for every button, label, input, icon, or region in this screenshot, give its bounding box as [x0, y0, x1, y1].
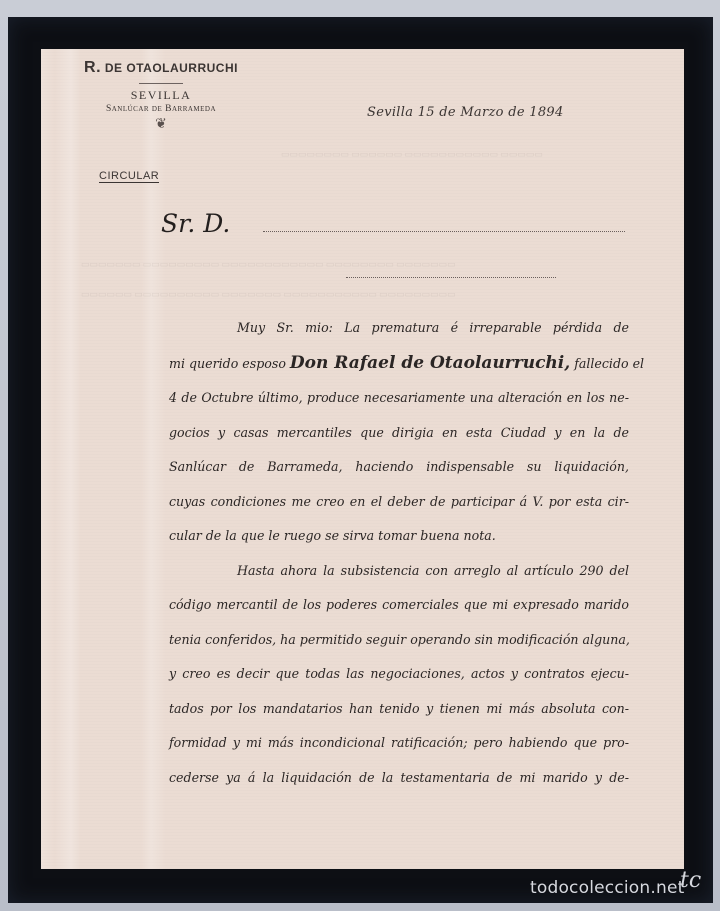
body-line: cular de la que le ruego se sirva tomar …	[169, 519, 629, 554]
addressee-line-2	[346, 277, 556, 278]
body-line: cuyas condiciones me creo en el deber de…	[169, 485, 629, 520]
body-line: Hasta ahora la subsistencia con arreglo …	[169, 554, 629, 589]
letter-body: Muy Sr. mio: La prematura é irreparable …	[169, 311, 629, 795]
watermark-text: todocoleccion.net	[530, 878, 684, 898]
body-line: gocios y casas mercantiles que dirigia e…	[169, 416, 629, 451]
city: SEVILLA	[81, 88, 241, 103]
body-line: 4 de Octubre último, produce necesariame…	[169, 381, 629, 416]
subcity: Sanlúcar de Barrameda	[81, 104, 241, 114]
addressee-line	[263, 231, 625, 232]
tc-logo-icon: tc	[680, 868, 701, 893]
body-line: formidad y mi más incondicional ratifica…	[169, 726, 629, 761]
letter-date: Sevilla 15 de Marzo de 1894	[367, 105, 564, 120]
body-line: mi querido esposo Don Rafael de Otaolaur…	[169, 346, 629, 382]
firm-name: R. DE OTAOLAURRUCHI	[81, 59, 241, 77]
body-line: tenia conferidos, ha permitido seguir op…	[169, 623, 629, 658]
doc-type-label: CIRCULAR	[99, 170, 159, 183]
letterhead-rule	[139, 83, 183, 84]
bleed-through-text: ▭▭▭▭▭▭ ▭▭▭▭▭▭▭▭▭▭ ▭▭▭▭▭▭▭ ▭▭▭▭▭▭▭▭▭▭▭ ▭▭…	[81, 289, 456, 300]
ornament-icon: ❦	[81, 116, 241, 133]
bleed-through-text: ▭▭▭▭▭▭▭ ▭▭▭▭▭▭▭▭▭ ▭▭▭▭▭▭▭▭▭▭▭▭ ▭▭▭▭▭▭▭▭ …	[81, 259, 456, 270]
deceased-name: Don Rafael de Otaolaurruchi,	[290, 353, 570, 373]
letter-page: ▭▭▭▭▭▭▭▭ ▭▭▭▭▭▭ ▭▭▭▭▭▭▭▭▭▭▭ ▭▭▭▭▭ ▭▭▭▭▭▭…	[41, 49, 684, 869]
body-line: tados por los mandatarios han tenido y t…	[169, 692, 629, 727]
body-line: Muy Sr. mio: La prematura é irreparable …	[169, 311, 629, 346]
body-line: código mercantil de los poderes comercia…	[169, 588, 629, 623]
letterhead: R. DE OTAOLAURRUCHI SEVILLA Sanlúcar de …	[81, 59, 241, 133]
body-line: Sanlúcar de Barrameda, haciendo indispen…	[169, 450, 629, 485]
body-line: y creo es decir que todas las negociacio…	[169, 657, 629, 692]
salutation: Sr. D.	[161, 209, 230, 238]
body-line: cederse ya á la liquidación de la testam…	[169, 761, 629, 796]
bleed-through-text: ▭▭▭▭▭▭▭▭ ▭▭▭▭▭▭ ▭▭▭▭▭▭▭▭▭▭▭ ▭▭▭▭▭	[281, 149, 543, 160]
